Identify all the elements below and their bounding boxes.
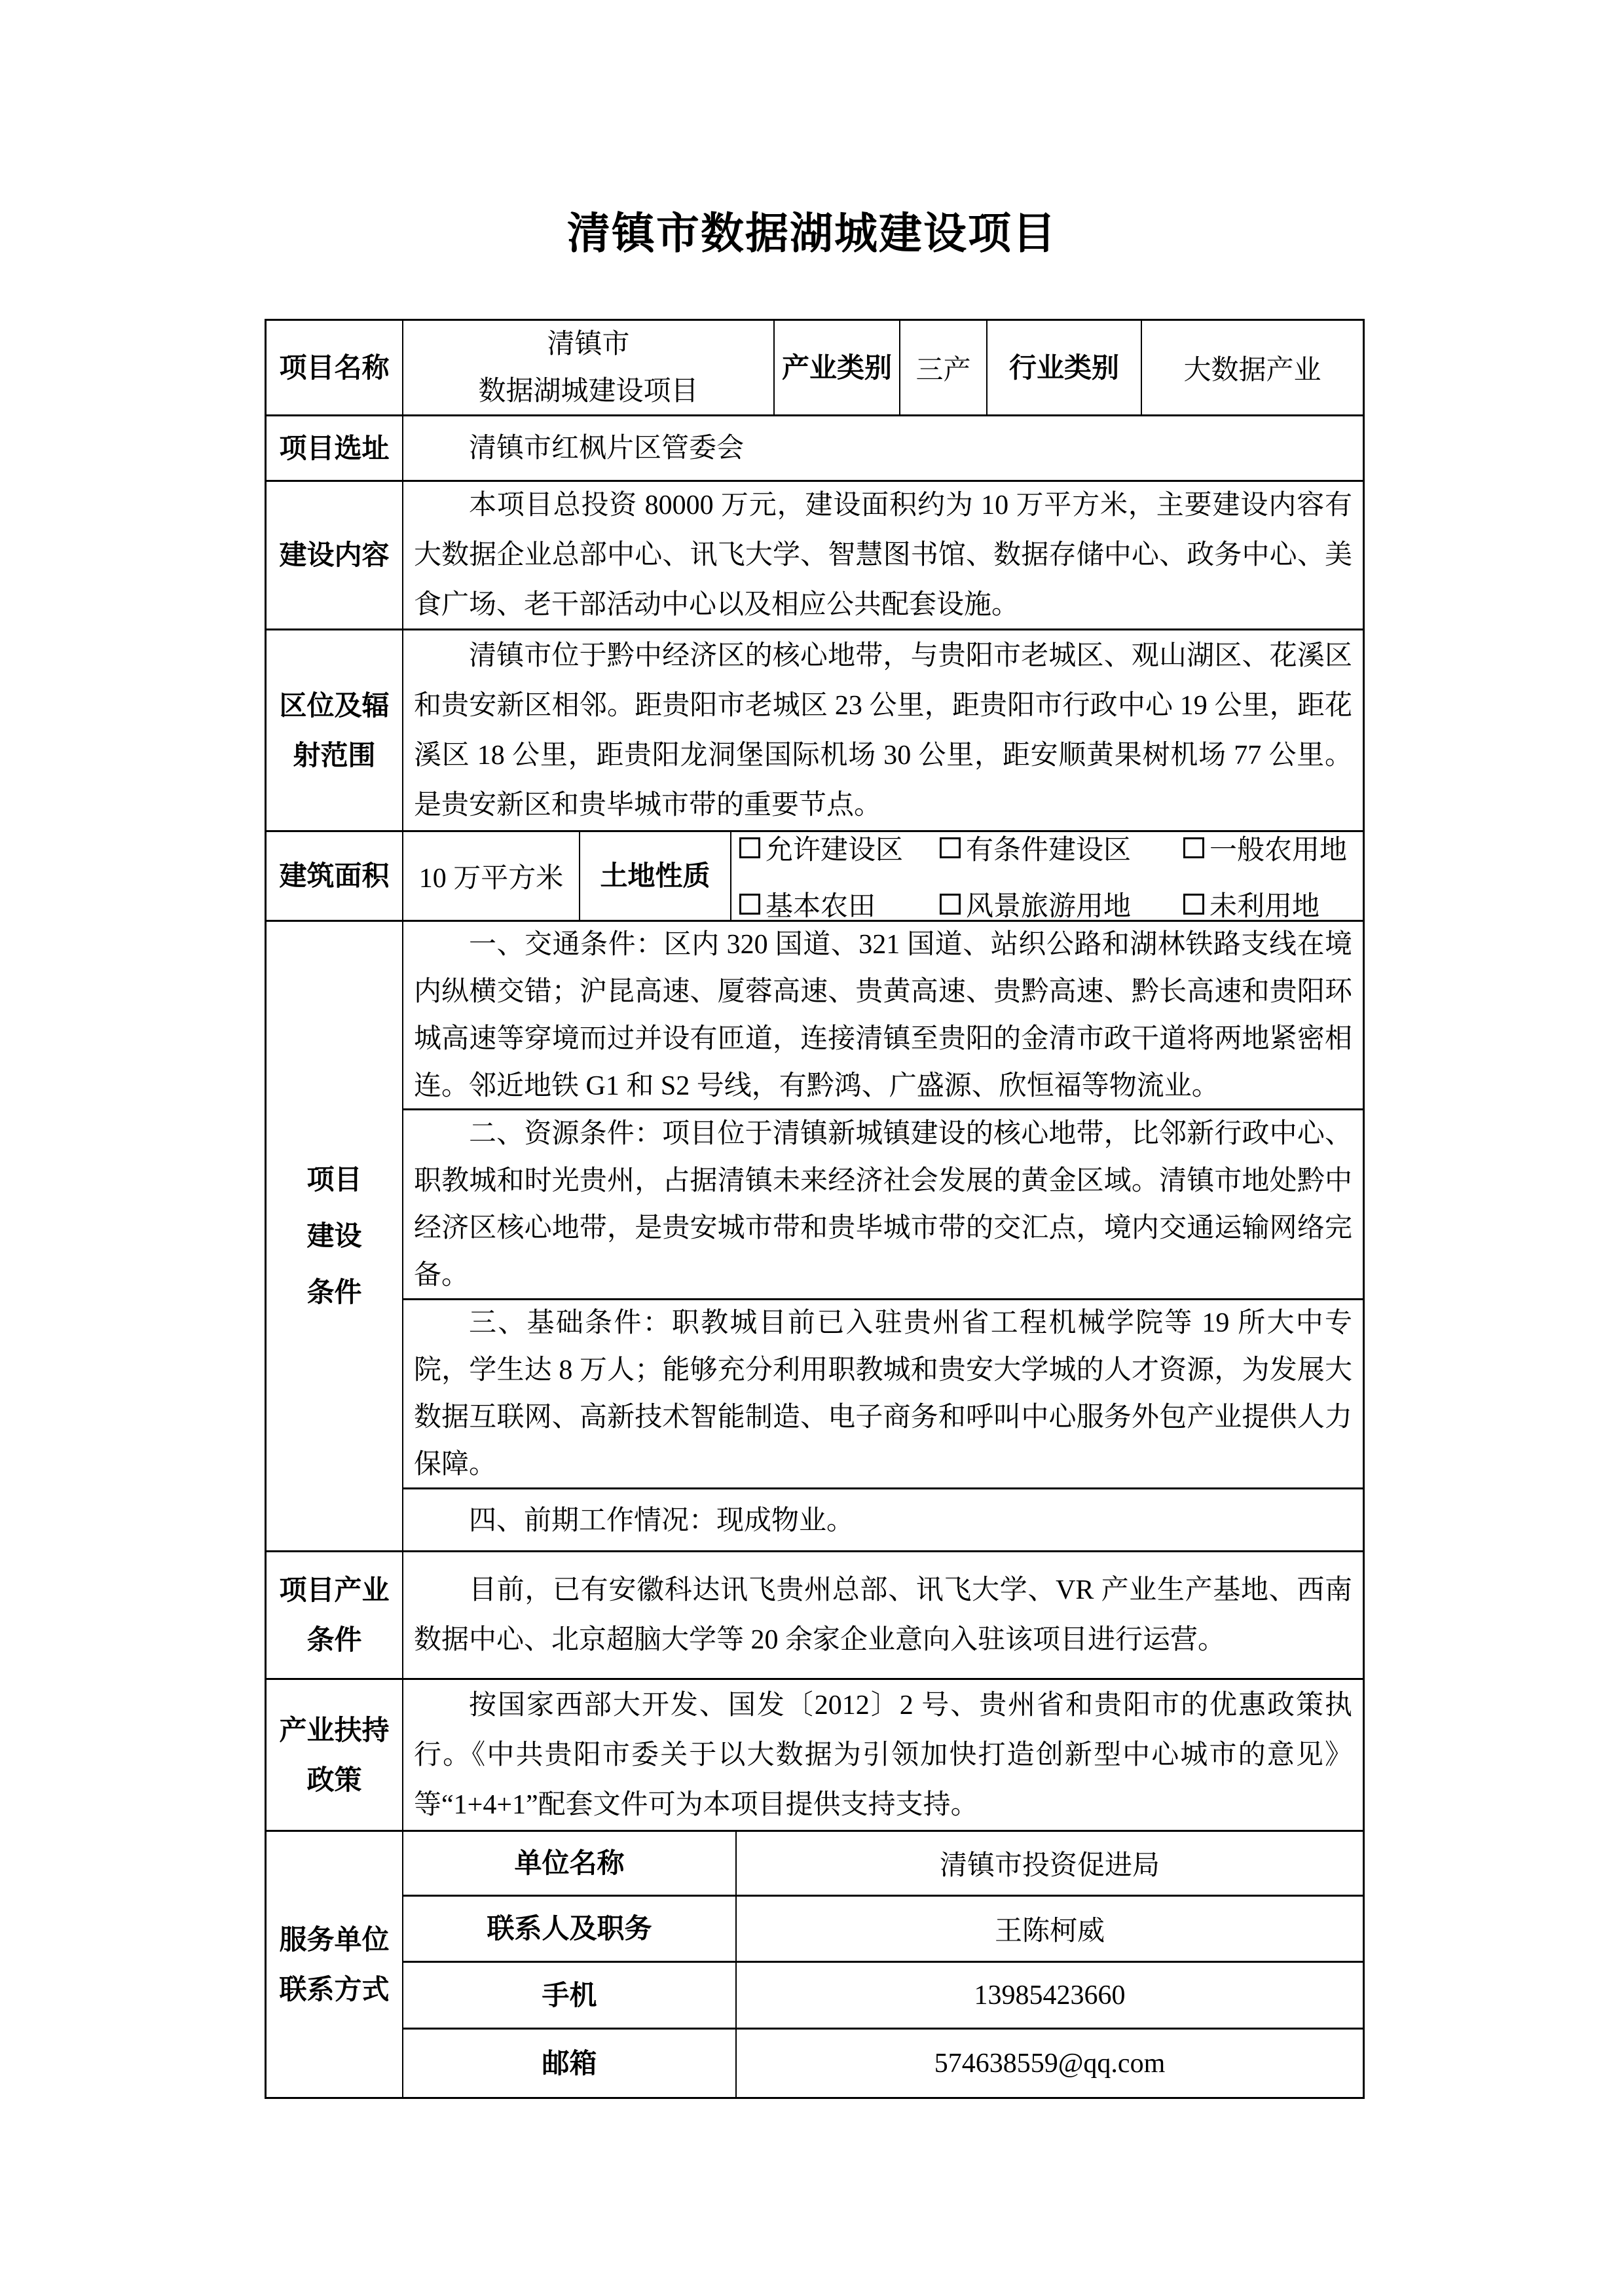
row-policy: 产业扶持 政策 按国家西部大开发、国发〔2012〕2 号、贵州省和贵阳市的优惠政… [267, 1680, 1363, 1832]
sector-label: 行业类别 [986, 321, 1141, 414]
phone-label: 手机 [403, 1963, 735, 2028]
industry-conditions-label: 项目产业 条件 [267, 1552, 402, 1678]
construction-text: 本项目总投资 80000 万元，建设面积约为 10 万平方米，主要建设内容有大数… [414, 481, 1352, 630]
land-checkbox-grid: 允许建设区 有条件建设区 一般农用地 基本农田 风景旅游用地 未利用地 [731, 828, 1363, 924]
land-option-4: 风景旅游用地 [940, 884, 1183, 924]
contact-person-label: 联系人及职务 [403, 1897, 735, 1961]
land-option-3: 基本农田 [739, 884, 940, 924]
contact-unit-row: 单位名称 清镇市投资促进局 [403, 1832, 1363, 1897]
contact-label: 服务单位 联系方式 [267, 1832, 402, 2097]
sector-value: 大数据产业 [1141, 321, 1363, 414]
contact-subrows: 单位名称 清镇市投资促进局 联系人及职务 王陈柯威 手机 13985423660… [402, 1832, 1363, 2097]
project-name-value: 清镇市 数据湖城建设项目 [402, 321, 773, 414]
row-region: 区位及辐 射范围 清镇市位于黔中经济区的核心地带，与贵阳市老城区、观山湖区、花溪… [267, 630, 1363, 832]
industry-conditions-text: 目前，已有安徽科达讯飞贵州总部、讯飞大学、VR 产业生产基地、西南数据中心、北京… [414, 1565, 1352, 1665]
industry-category-value: 三产 [899, 321, 986, 414]
policy-label: 产业扶持 政策 [267, 1680, 402, 1830]
row-project-name: 项目名称 清镇市 数据湖城建设项目 产业类别 三产 行业类别 大数据产业 [267, 321, 1363, 416]
checkbox-icon[interactable] [739, 837, 760, 858]
region-label: 区位及辐 射范围 [267, 630, 402, 830]
email-label: 邮箱 [403, 2030, 735, 2097]
row-contact: 服务单位 联系方式 单位名称 清镇市投资促进局 联系人及职务 王陈柯威 手机 1… [267, 1832, 1363, 2097]
checkbox-icon[interactable] [1183, 837, 1204, 858]
row-location: 项目选址 清镇市红枫片区管委会 [267, 416, 1363, 482]
location-label: 项目选址 [267, 416, 402, 480]
condition-preliminary: 四、前期工作情况：现成物业。 [403, 1489, 1363, 1552]
conditions-label: 项目 建设 条件 [267, 922, 402, 1550]
land-nature-options: 允许建设区 有条件建设区 一般农用地 基本农田 风景旅游用地 未利用地 [730, 832, 1363, 920]
document-page: 清镇市数据湖城建设项目 项目名称 清镇市 数据湖城建设项目 产业类别 三产 行业… [0, 0, 1624, 2296]
project-name-line1: 清镇市 [547, 321, 629, 368]
land-option-0: 允许建设区 [739, 828, 940, 867]
contact-person-row: 联系人及职务 王陈柯威 [403, 1897, 1363, 1963]
industry-category-label: 产业类别 [773, 321, 899, 414]
conditions-subrows: 一、交通条件：区内 320 国道、321 国道、站织公路和湖林铁路支线在境内纵横… [402, 922, 1363, 1550]
condition-preliminary-text: 四、前期工作情况：现成物业。 [414, 1497, 1352, 1544]
row-area: 建筑面积 10 万平方米 土地性质 允许建设区 有条件建设区 一般农用地 基本农… [267, 832, 1363, 922]
checkbox-icon[interactable] [739, 894, 760, 915]
phone-value: 13985423660 [735, 1963, 1363, 2028]
email-row: 邮箱 574638559@qq.com [403, 2030, 1363, 2097]
checkbox-icon[interactable] [940, 837, 961, 858]
row-industry-conditions: 项目产业 条件 目前，已有安徽科达讯飞贵州总部、讯飞大学、VR 产业生产基地、西… [267, 1552, 1363, 1680]
policy-text: 按国家西部大开发、国发〔2012〕2 号、贵州省和贵阳市的优惠政策执行。《中共贵… [414, 1681, 1352, 1830]
area-label: 建筑面积 [267, 832, 402, 920]
land-option-1: 有条件建设区 [940, 828, 1183, 867]
policy-value: 按国家西部大开发、国发〔2012〕2 号、贵州省和贵阳市的优惠政策执行。《中共贵… [402, 1680, 1363, 1830]
location-text: 清镇市红枫片区管委会 [414, 424, 1352, 473]
region-value: 清镇市位于黔中经济区的核心地带，与贵阳市老城区、观山湖区、花溪区和贵安新区相邻。… [402, 630, 1363, 830]
row-construction: 建设内容 本项目总投资 80000 万元，建设面积约为 10 万平方米，主要建设… [267, 482, 1363, 630]
unit-name-label: 单位名称 [403, 1832, 735, 1895]
project-name-label: 项目名称 [267, 321, 402, 414]
condition-resource: 二、资源条件：项目位于清镇新城镇建设的核心地带，比邻新行政中心、职教城和时光贵州… [403, 1110, 1363, 1300]
land-nature-label: 土地性质 [579, 832, 730, 920]
unit-name-value: 清镇市投资促进局 [735, 1832, 1363, 1895]
construction-label: 建设内容 [267, 482, 402, 629]
region-text: 清镇市位于黔中经济区的核心地带，与贵阳市老城区、观山湖区、花溪区和贵安新区相邻。… [414, 631, 1352, 830]
row-conditions: 项目 建设 条件 一、交通条件：区内 320 国道、321 国道、站织公路和湖林… [267, 922, 1363, 1552]
construction-value: 本项目总投资 80000 万元，建设面积约为 10 万平方米，主要建设内容有大数… [402, 482, 1363, 629]
area-value: 10 万平方米 [402, 832, 579, 920]
condition-resource-text: 二、资源条件：项目位于清镇新城镇建设的核心地带，比邻新行政中心、职教城和时光贵州… [414, 1110, 1352, 1299]
industry-conditions-value: 目前，已有安徽科达讯飞贵州总部、讯飞大学、VR 产业生产基地、西南数据中心、北京… [402, 1552, 1363, 1678]
project-name-line2: 数据湖城建设项目 [478, 368, 698, 415]
project-info-table: 项目名称 清镇市 数据湖城建设项目 产业类别 三产 行业类别 大数据产业 项目选… [265, 319, 1365, 2099]
checkbox-icon[interactable] [1183, 894, 1204, 915]
checkbox-icon[interactable] [940, 894, 961, 915]
email-value: 574638559@qq.com [735, 2030, 1363, 2097]
land-option-5: 未利用地 [1183, 884, 1363, 924]
condition-foundation: 三、基础条件：职教城目前已入驻贵州省工程机械学院等 19 所大中专院，学生达 8… [403, 1300, 1363, 1489]
condition-traffic: 一、交通条件：区内 320 国道、321 国道、站织公路和湖林铁路支线在境内纵横… [403, 922, 1363, 1110]
land-option-2: 一般农用地 [1183, 828, 1363, 867]
contact-person-value: 王陈柯威 [735, 1897, 1363, 1961]
location-value: 清镇市红枫片区管委会 [402, 416, 1363, 480]
page-title: 清镇市数据湖城建设项目 [0, 207, 1624, 262]
phone-row: 手机 13985423660 [403, 1963, 1363, 2030]
condition-foundation-text: 三、基础条件：职教城目前已入驻贵州省工程机械学院等 19 所大中专院，学生达 8… [414, 1300, 1352, 1488]
condition-traffic-text: 一、交通条件：区内 320 国道、321 国道、站织公路和湖林铁路支线在境内纵横… [414, 921, 1352, 1110]
